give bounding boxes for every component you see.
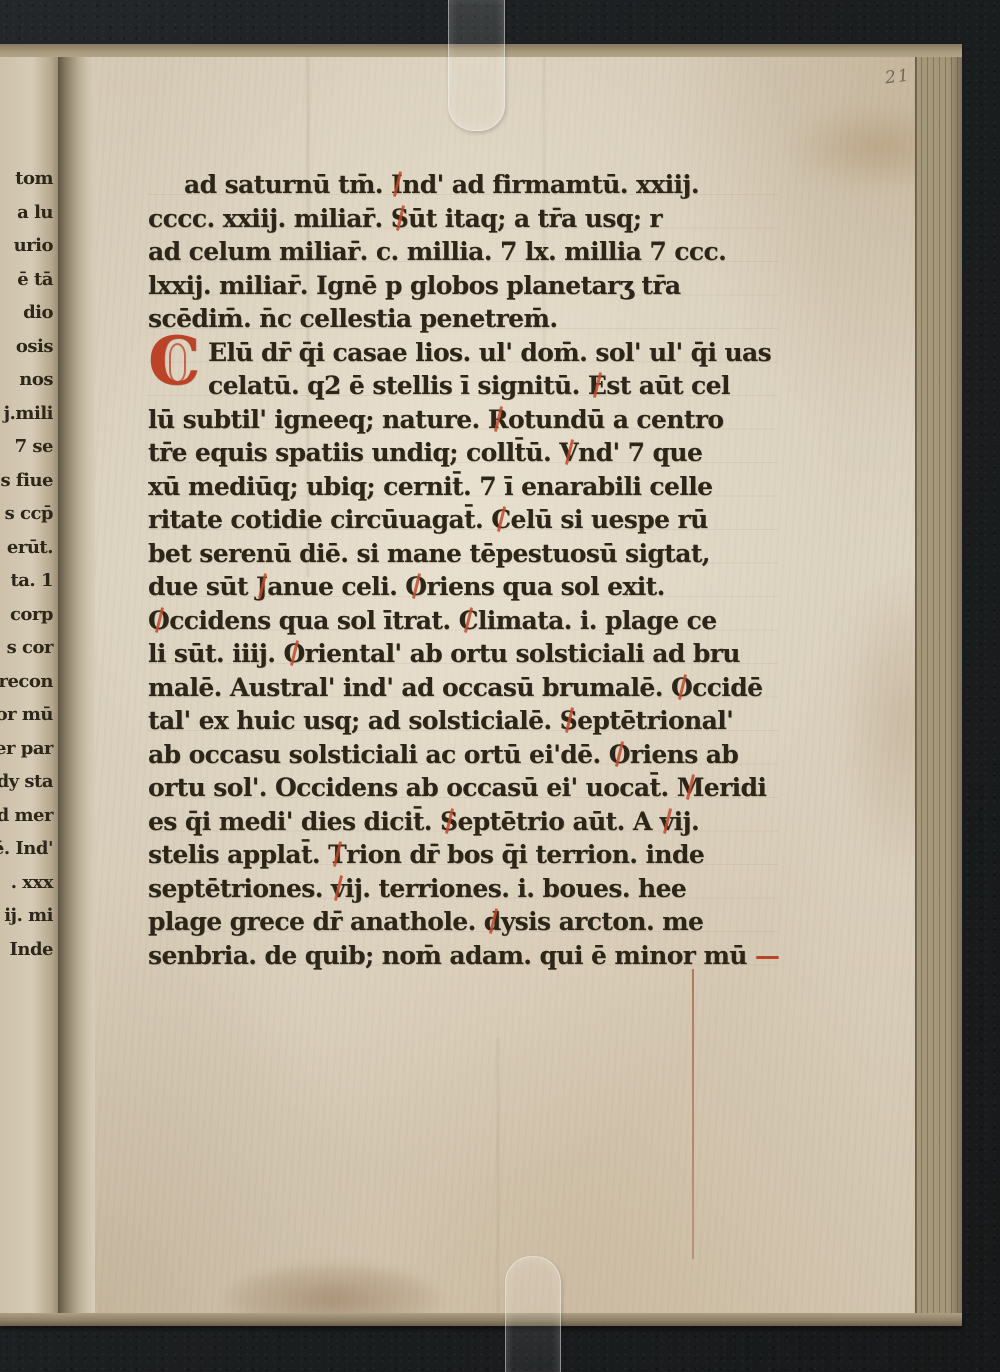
right-margin-ruling-line <box>692 969 694 1259</box>
gutter-fold <box>58 57 95 1313</box>
text-line: li sūt. iiij. Oriental' ab ortu solstici… <box>148 637 778 671</box>
pencil-folio-number: 21 <box>884 64 915 89</box>
left-page-line-fragment: dio <box>0 302 56 336</box>
text-line: Elū dr̄ q̄i casae lios. ul' dom̄. sol' u… <box>148 336 778 370</box>
text-line: xū mediūq; ubiq; cernit̄. 7 ī enarabili … <box>148 470 778 504</box>
left-page-line-fragment: nos <box>0 369 56 403</box>
left-page-line-fragment: erūt. <box>0 537 56 571</box>
left-page-text: toma luurioē tādioosisnosj.mili7 ses fiu… <box>0 168 56 998</box>
left-page-line-fragment: osis <box>0 336 56 370</box>
text-line: scēdim̄. n̄c cellestia penetrem̄. <box>148 302 778 336</box>
photo-black-leather-desk: { "photo": { "description": "Medieval ma… <box>0 0 1000 1372</box>
left-page-line-fragment: ē tā <box>0 269 56 303</box>
text-line: plage grece dr̄ anathole. dysis arcton. … <box>148 905 778 939</box>
left-page-line-fragment: a lu <box>0 202 56 236</box>
book-bottom-page-edges <box>0 1312 962 1326</box>
vellum-crease <box>497 1037 499 1313</box>
text-line: lxxij. miliar̄. Ignē p globos planetarʒ … <box>148 269 778 303</box>
facing-page-sliver: toma luurioē tādioosisnosj.mili7 ses fiu… <box>0 57 58 1313</box>
left-page-line-fragment: ulier par <box>0 738 56 772</box>
text-line: ab occasu solsticiali ac ortū ei'dē. Ori… <box>148 738 778 772</box>
book-fore-edge-pages <box>915 57 962 1313</box>
left-page-line-fragment: ad mer <box>0 805 56 839</box>
left-page-line-fragment: tom <box>0 168 56 202</box>
text-line: ad celum miliar̄. c. millia. 7 lx. milli… <box>148 235 778 269</box>
left-page-line-fragment: corp <box>0 604 56 638</box>
manuscript-page: 21 C ad saturnū tm̄. Ind' ad firmamtū. x… <box>95 57 915 1313</box>
text-line: tal' ex huic usq; ad solsticialē. Septēt… <box>148 704 778 738</box>
text-line: Occidens qua sol ītrat. Climata. i. plag… <box>148 604 778 638</box>
text-line: cccc. xxiij. miliar̄. Sūt itaq; a tr̄a u… <box>148 202 778 236</box>
left-page-line-fragment: Inde <box>0 939 56 973</box>
left-page-line-fragment: ta. 1 <box>0 570 56 604</box>
left-page-line-fragment: . xxx <box>0 872 56 906</box>
vellum-stain <box>840 577 915 867</box>
left-page-line-fragment: recon <box>0 671 56 705</box>
left-page-line-fragment: s ccp̄ <box>0 503 56 537</box>
text-line: malē. Austral' ind' ad occasū brumalē. O… <box>148 671 778 705</box>
left-page-line-fragment: s cor <box>0 637 56 671</box>
left-page-line-fragment: s fiue <box>0 470 56 504</box>
left-page-line-fragment: dy sta <box>0 771 56 805</box>
left-page-line-fragment: urio <box>0 235 56 269</box>
left-page-line-fragment: ior mū <box>0 704 56 738</box>
left-page-line-fragment: ē. Ind' <box>0 838 56 872</box>
text-line: bet serenū diē. si mane tēpestuosū sigta… <box>148 537 778 571</box>
text-line: ritate cotidie circūuagat̄. Celū si uesp… <box>148 503 778 537</box>
text-line: ad saturnū tm̄. Ind' ad firmamtū. xxiij. <box>148 168 778 202</box>
text-line: stelis applat̄. Trion dr̄ bos q̄i terrio… <box>148 838 778 872</box>
text-line: lū subtil' igneeq; nature. Rotundū a cen… <box>148 403 778 437</box>
text-line: ortu sol'. Occidens ab occasū ei' uocat̄… <box>148 771 778 805</box>
text-line: senbria. de quib; nom̄ adam. qui ē minor… <box>148 939 778 973</box>
left-page-line-fragment: ij. mi <box>0 905 56 939</box>
vellum-stain <box>785 102 915 192</box>
vellum-stain <box>223 1262 443 1313</box>
left-page-line-fragment: j.mili <box>0 403 56 437</box>
text-block: ad saturnū tm̄. Ind' ad firmamtū. xxiij.… <box>148 168 778 972</box>
transparent-page-holder-bottom <box>505 1256 561 1372</box>
transparent-page-holder-top <box>448 0 505 131</box>
text-line: es q̄i medi' dies dicit̄. Septētrio aūt.… <box>148 805 778 839</box>
left-page-line-fragment: 7 se <box>0 436 56 470</box>
text-line: septētriones. vij. terriones. i. boues. … <box>148 872 778 906</box>
text-line: celatū. q2 ē stellis ī signitū. Est aūt … <box>148 369 778 403</box>
text-line: due sūt Janue celi. Oriens qua sol exit. <box>148 570 778 604</box>
text-line: tr̄e equis spatiis undiq; collt̄ū. Vnd' … <box>148 436 778 470</box>
